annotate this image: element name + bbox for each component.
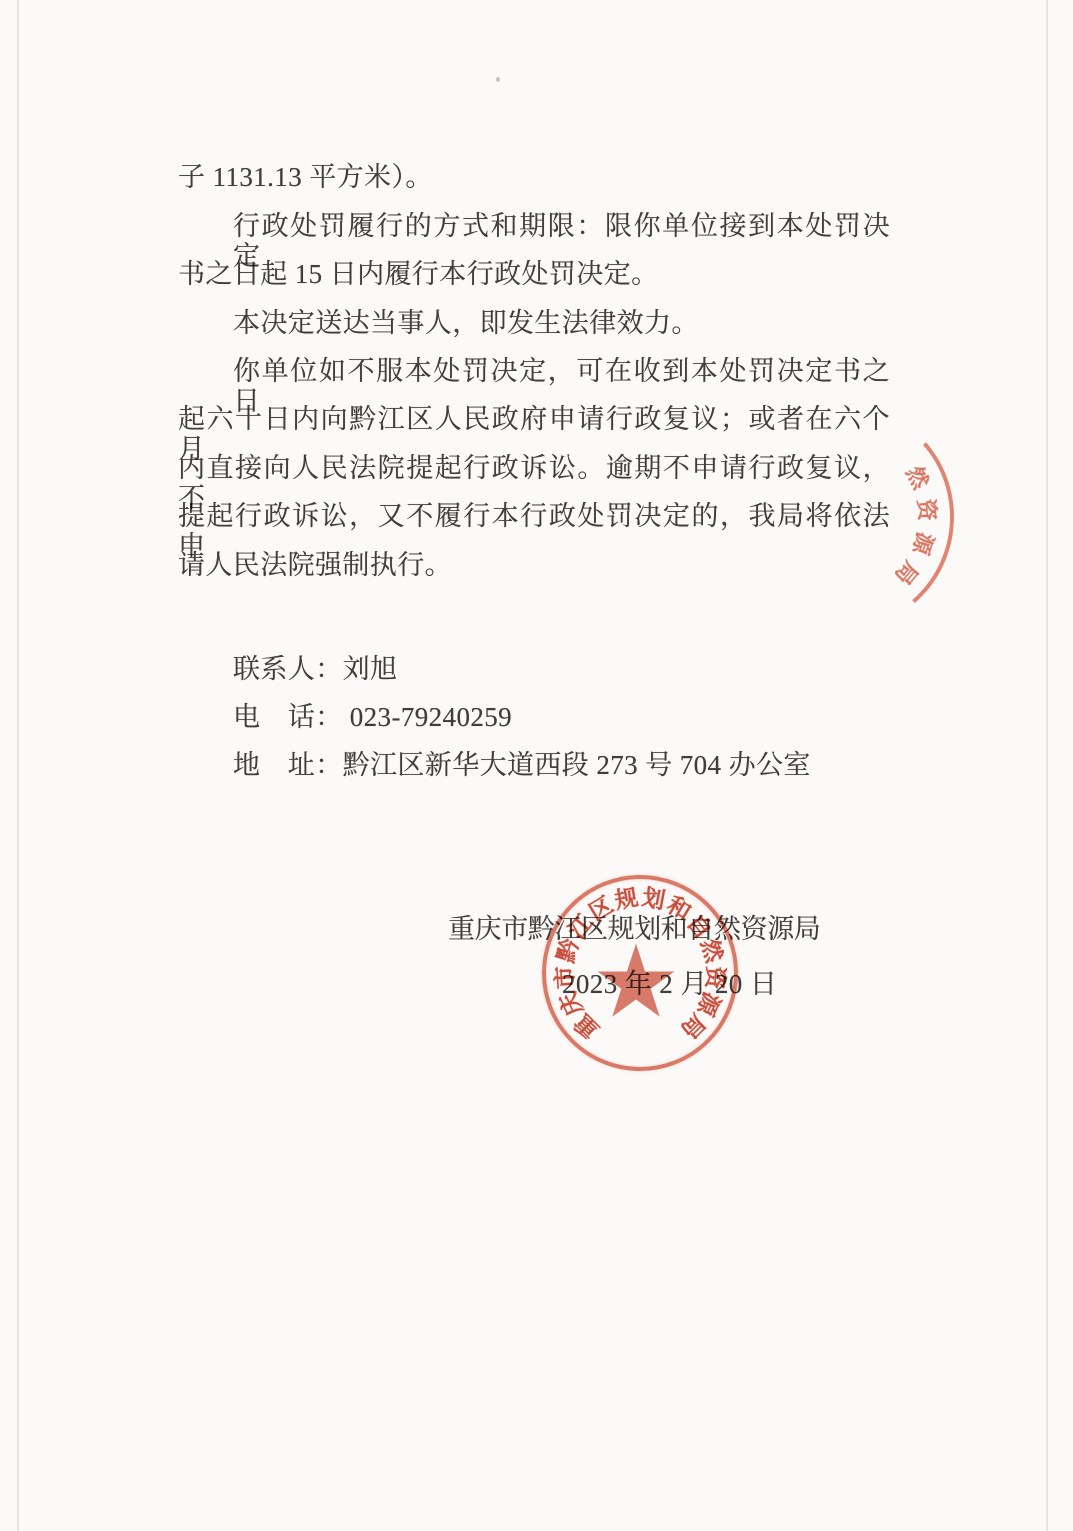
signature-organization: 重庆市黔江区规划和自然资源局 bbox=[448, 914, 820, 944]
signature-date: 2023 年 2 月 20 日 bbox=[562, 969, 777, 999]
scan-speck bbox=[496, 77, 500, 82]
contact-address: 地 址：黔江区新华大道西段 273 号 704 办公室 bbox=[233, 750, 811, 780]
body-line: 本决定送达当事人，即发生法律效力。 bbox=[233, 308, 890, 338]
body-line: 请人民法院强制执行。 bbox=[178, 550, 890, 580]
body-line: 子 1131.13 平方米）。 bbox=[178, 162, 890, 192]
contact-phone: 电 话： 023-79240259 bbox=[233, 702, 512, 732]
body-line: 书之日起 15 日内履行本行政处罚决定。 bbox=[178, 259, 890, 289]
contact-person: 联系人：刘旭 bbox=[233, 654, 397, 684]
seal-character: 规 bbox=[612, 879, 641, 916]
scanned-document-page: 然资源局 重庆市黔江区规划和自然资源局 子 1131.13 平方米）。 行政处罚… bbox=[0, 0, 1073, 1531]
seal-character: 资 bbox=[911, 498, 944, 522]
page-edge-right bbox=[1046, 0, 1048, 1531]
page-edge-left bbox=[17, 0, 19, 1531]
